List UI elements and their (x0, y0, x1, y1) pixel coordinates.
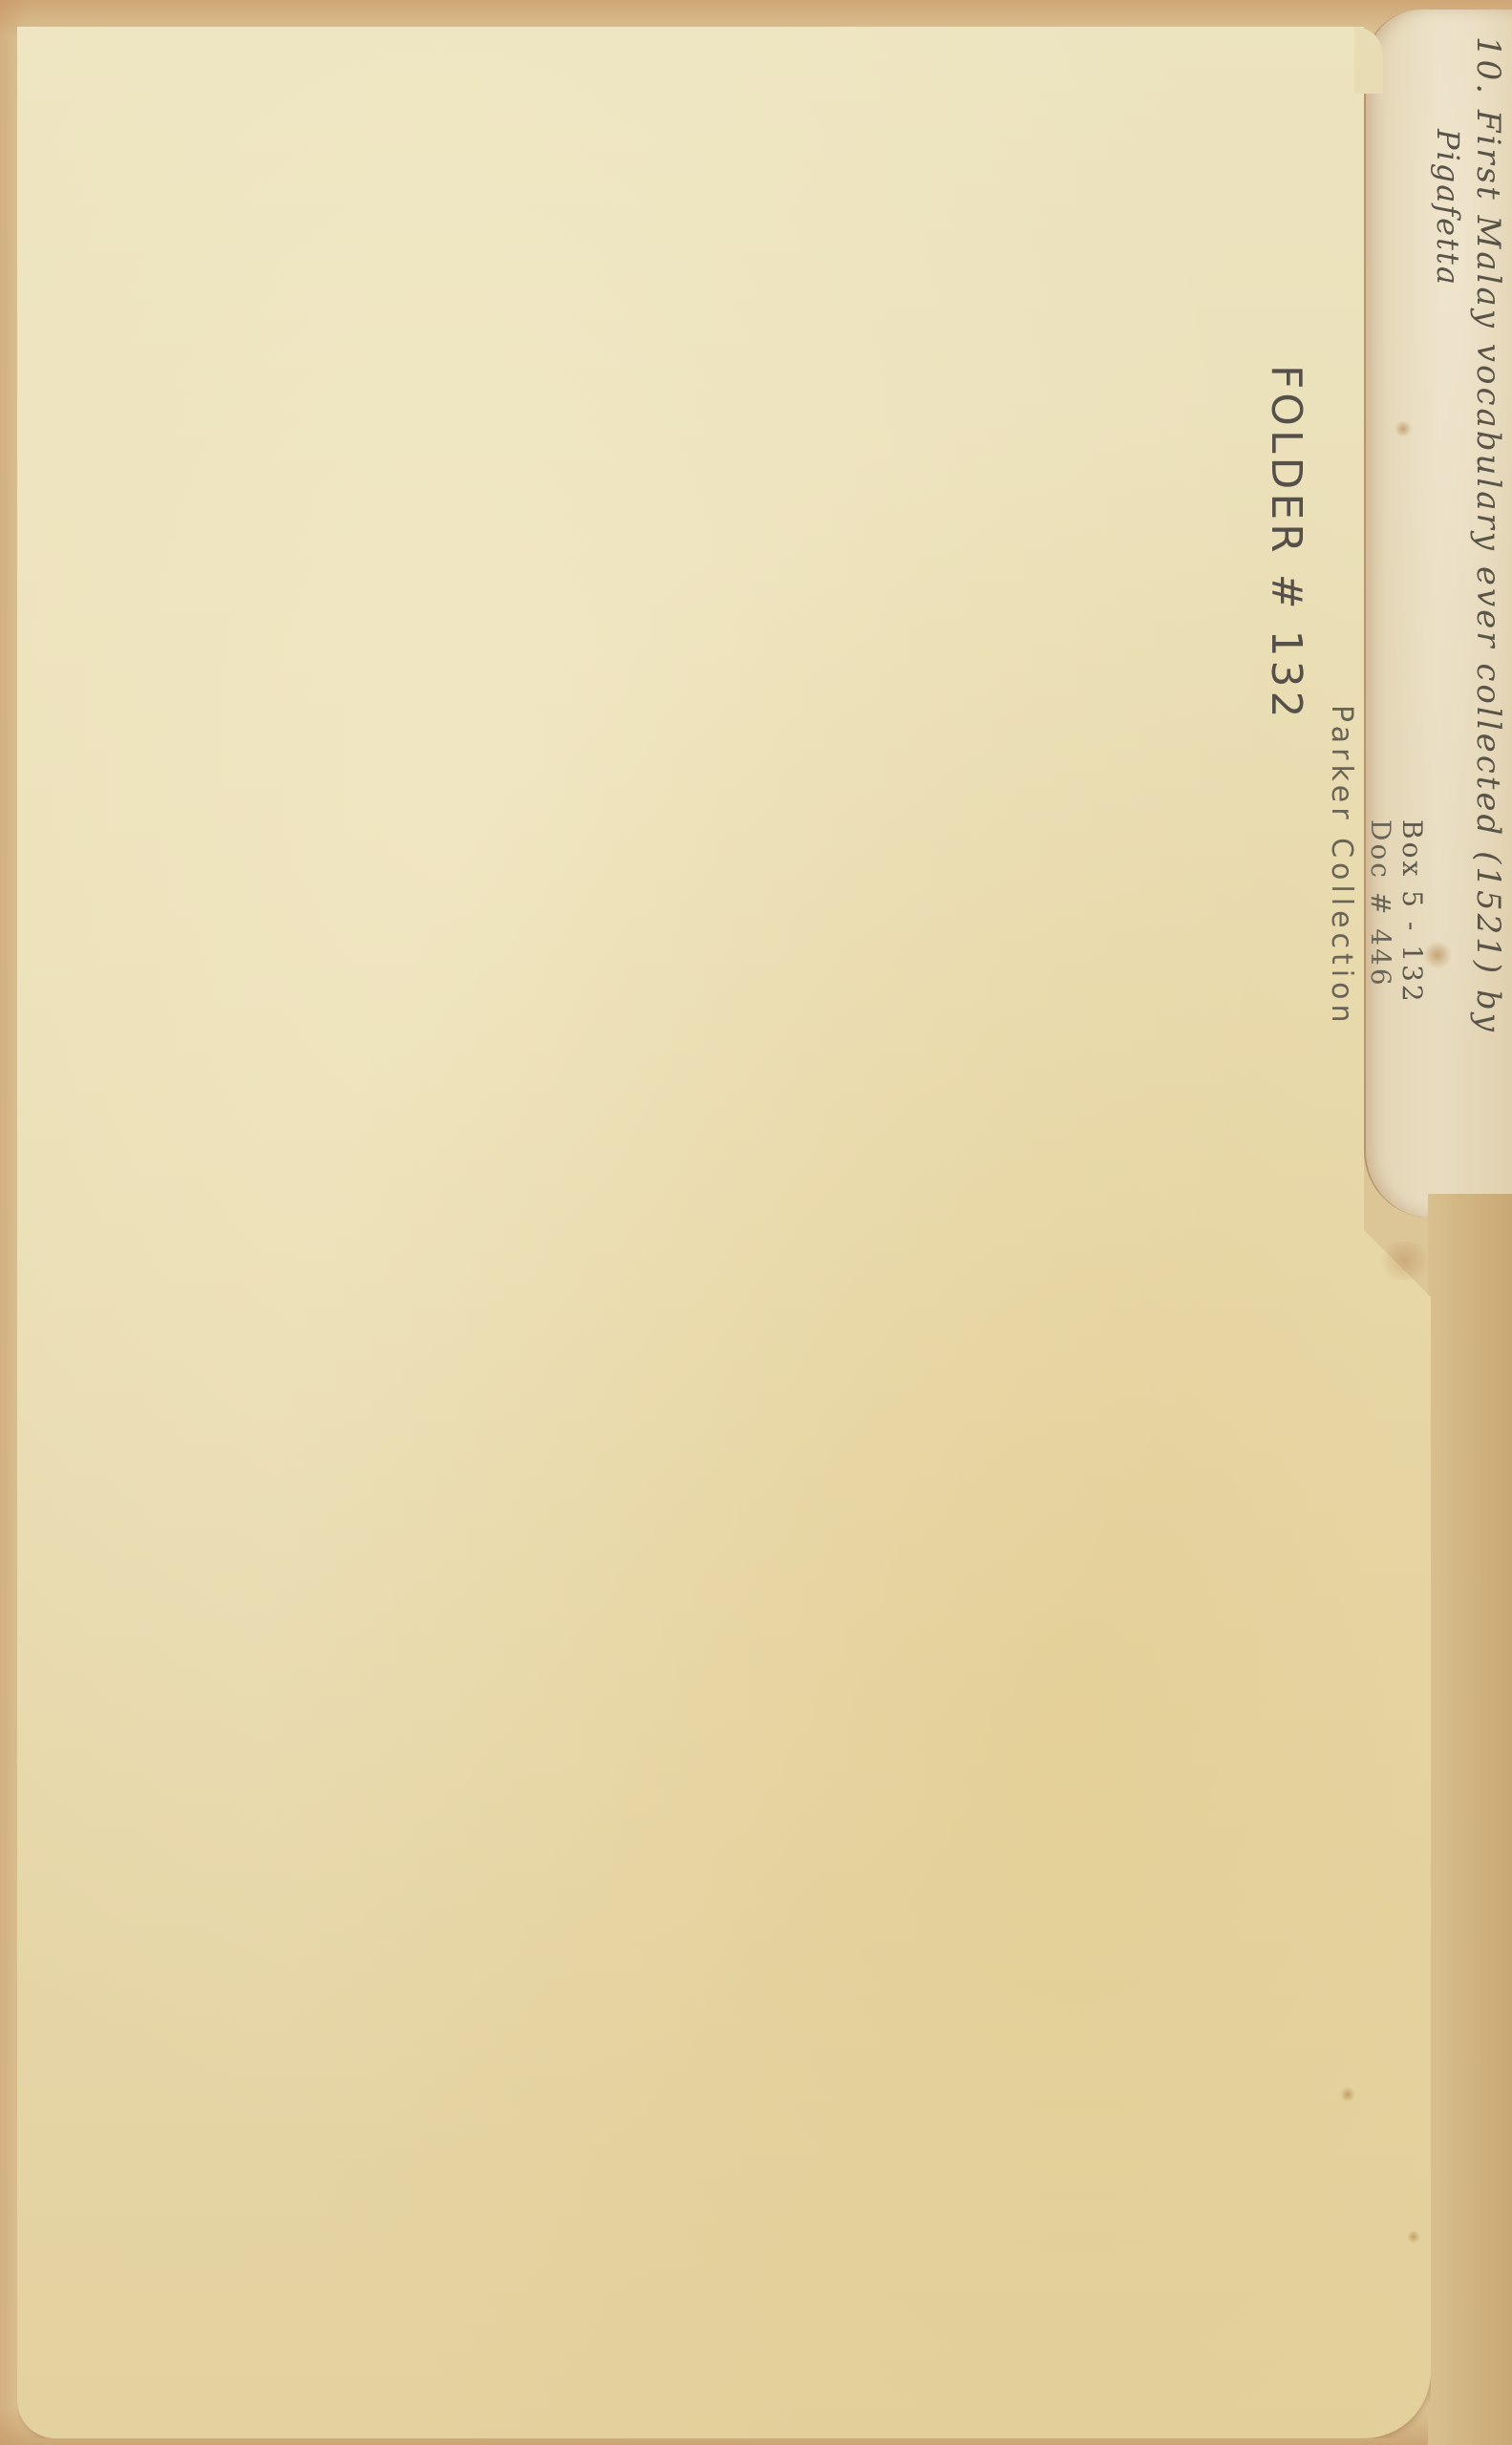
folder-front-cover (17, 27, 1431, 2438)
folder-number-label: FOLDER # 132 (1262, 365, 1310, 722)
foxing-spot (1395, 420, 1412, 437)
box-reference: Box 5 - 132 (1396, 819, 1428, 1005)
collection-name: Parker Collection (1325, 705, 1358, 1027)
foxing-spot (1407, 2230, 1420, 2243)
folder-back-edge (1428, 1194, 1512, 2445)
foxing-spot (1375, 1242, 1433, 1280)
tab-description-line-2: Pigafetta (1430, 129, 1466, 287)
tab-description-line-1: 10. First Malay vocabulary ever collecte… (1469, 36, 1507, 1034)
document-reference: Doc # 446 (1365, 819, 1396, 989)
foxing-spot (1340, 2087, 1355, 2102)
